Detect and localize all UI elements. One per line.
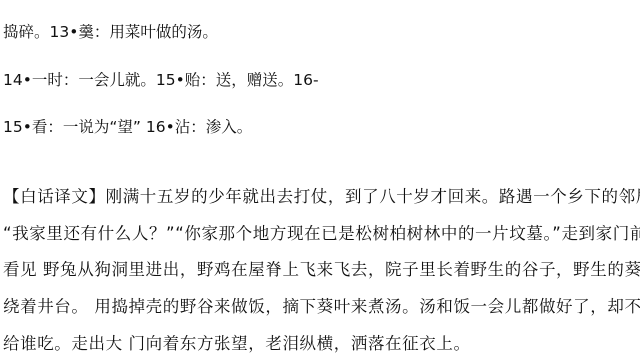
translation-line-3: 看见 野兔从狗洞里进出，野鸡在屋脊上飞来飞去，院子里长着野生的谷子，野生的葵菜环 (3, 260, 640, 280)
note-line-2: 14•一时：一会儿就。15•贻：送，赠送。16- (3, 70, 319, 90)
note-line-1: 捣碎。13•羹：用菜叶做的汤。 (3, 22, 218, 42)
translation-line-4: 绕着井台。 用捣掉壳的野谷来做饭，摘下葵叶来煮汤。汤和饭一会儿都做好了，却不知送 (3, 297, 640, 317)
note-line-3: 15•看：一说为“望” 16•沾：渗入。 (3, 117, 252, 137)
translation-line-2: “我家里还有什么人？”“你家那个地方现在已是松树柏树林中的一片坟墓。”走到家门前 (3, 224, 640, 244)
translation-line-1: 【白话译文】刚满十五岁的少年就出去打仗，到了八十岁才回来。路遇一个乡下的邻居，问… (3, 187, 640, 207)
translation-line-5: 给谁吃。走出大 门向着东方张望，老泪纵横，洒落在征衣上。 (3, 334, 471, 354)
